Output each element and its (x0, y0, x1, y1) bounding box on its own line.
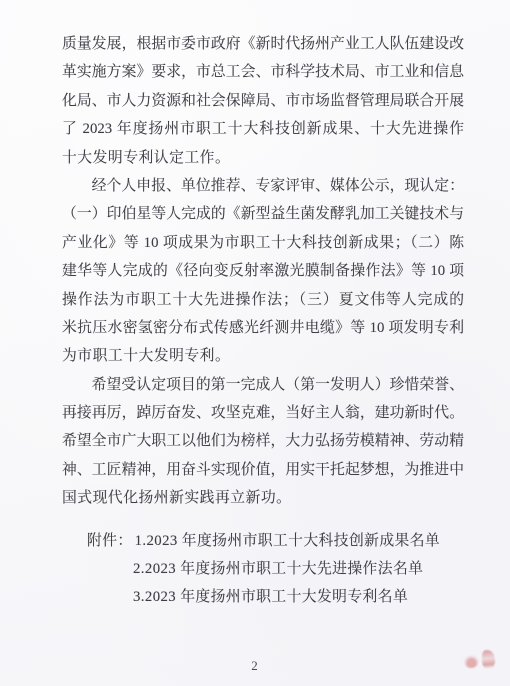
text-line: 化局、市人力资源和社会保障局、市市场监督管理局联合开展 (62, 87, 464, 115)
attachment-row: 3.2023 年度扬州市职工十大发明专利名单 (133, 583, 464, 611)
text-line: 希望全市广大职工以他们为榜样，大力弘扬劳模精神、劳动精 (62, 427, 464, 455)
text-line: 建华等人完成的《径向变反射率激光膜制备操作法》等 10 项 (62, 257, 464, 285)
page-number: 2 (0, 658, 510, 674)
text-line: 国式现代化扬州新实践再立新功。 (62, 484, 464, 512)
document-body: 质量发展，根据市委市政府《新时代扬州产业工人队伍建设改 革实施方案》要求，市总工… (62, 30, 464, 513)
red-seal-fragment-icon (482, 650, 495, 669)
attachment-row: 2.2023 年度扬州市职工十大先进操作法名单 (133, 555, 464, 583)
text-line: 希望受认定项目的第一完成人（第一发明人）珍惜荣誉、 (62, 371, 464, 399)
text-line: 神、工匠精神，用奋斗实现价值，用实干托起梦想，为推进中 (62, 456, 464, 484)
attachment-label: 附件： (87, 533, 133, 549)
text-line: 操作法为市职工十大先进操作法；（三）夏文伟等人完成的《万 (62, 286, 464, 314)
text-line: 了 2023 年度扬州市职工十大科技创新成果、十大先进操作法、 (62, 115, 464, 143)
attachment-block: 附件：1.2023 年度扬州市职工十大科技创新成果名单 2.2023 年度扬州市… (62, 527, 464, 612)
text-line: 革实施方案》要求，市总工会、市科学技术局、市工业和信息 (62, 58, 464, 86)
attachment-item: 1.2023 年度扬州市职工十大科技创新成果名单 (135, 533, 441, 549)
red-seal-fragment-icon (464, 654, 479, 668)
scanned-document-page: 质量发展，根据市委市政府《新时代扬州产业工人队伍建设改 革实施方案》要求，市总工… (0, 0, 510, 686)
text-line: 产业化》等 10 项成果为市职工十大科技创新成果；（二）陈 (62, 229, 464, 257)
attachment-row: 附件：1.2023 年度扬州市职工十大科技创新成果名单 (87, 527, 464, 555)
text-line: 十大发明专利认定工作。 (62, 144, 464, 172)
attachment-item: 2.2023 年度扬州市职工十大先进操作法名单 (133, 561, 423, 577)
text-line: （一）印伯星等人完成的《新型益生菌发酵乳加工关键技术与 (62, 200, 464, 228)
text-line: 经个人申报、单位推荐、专家评审、媒体公示，现认定： (62, 172, 464, 200)
text-line: 质量发展，根据市委市政府《新时代扬州产业工人队伍建设改 (62, 30, 464, 58)
text-line: 再接再厉，踔厉奋发、攻坚克难，当好主人翁，建功新时代。 (62, 399, 464, 427)
text-line: 米抗压水密氢密分布式传感光纤测井电缆》等 10 项发明专利 (62, 314, 464, 342)
text-line: 为市职工十大发明专利。 (62, 342, 464, 370)
attachment-item: 3.2023 年度扬州市职工十大发明专利名单 (133, 589, 408, 605)
